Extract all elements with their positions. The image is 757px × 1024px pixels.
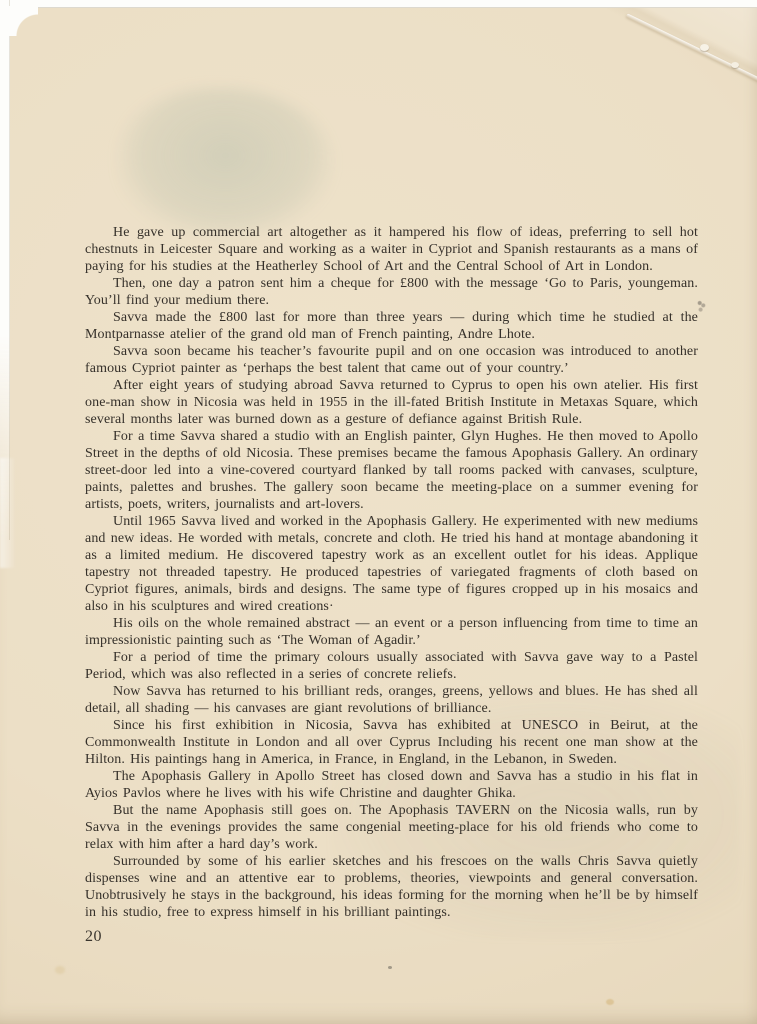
paragraph: He gave up commercial art altogether as … (85, 224, 698, 275)
paragraph: Savva made the £800 last for more than t… (85, 309, 698, 343)
scanned-page: He gave up commercial art altogether as … (0, 0, 757, 1024)
crease-wear-spot (731, 62, 739, 68)
paragraph: Savva soon became his teacher’s favourit… (85, 343, 698, 377)
crease-wear-spot (700, 44, 709, 51)
paragraph: For a time Savva shared a studio with an… (85, 428, 698, 513)
scanner-edge-top (0, 0, 757, 8)
stain-spot (606, 999, 614, 1005)
paper-speck (388, 966, 392, 969)
paragraph: Since his first exhibition in Nicosia, S… (85, 717, 698, 768)
paragraph: For a period of time the primary colours… (85, 649, 698, 683)
scanner-edge-left (0, 0, 10, 540)
paragraph: The Apophasis Gallery in Apollo Street h… (85, 768, 698, 802)
paragraph: His oils on the whole remained abstract … (85, 615, 698, 649)
show-through-photo-ghost (118, 88, 333, 238)
paragraph: Surrounded by some of his earlier sketch… (85, 853, 698, 921)
page-number: 20 (85, 928, 102, 946)
paragraph: Then, one day a patron sent him a cheque… (85, 275, 698, 309)
body-text: He gave up commercial art altogether as … (85, 224, 698, 921)
pencil-mark (697, 300, 706, 312)
page-corner-top-left (8, 6, 38, 36)
paragraph: Until 1965 Savva lived and worked in the… (85, 513, 698, 615)
stain-spot (55, 966, 65, 974)
paragraph: Now Savva has returned to his brilliant … (85, 683, 698, 717)
paragraph: But the name Apophasis still goes on. Th… (85, 802, 698, 853)
paragraph: After eight years of studying abroad Sav… (85, 377, 698, 428)
